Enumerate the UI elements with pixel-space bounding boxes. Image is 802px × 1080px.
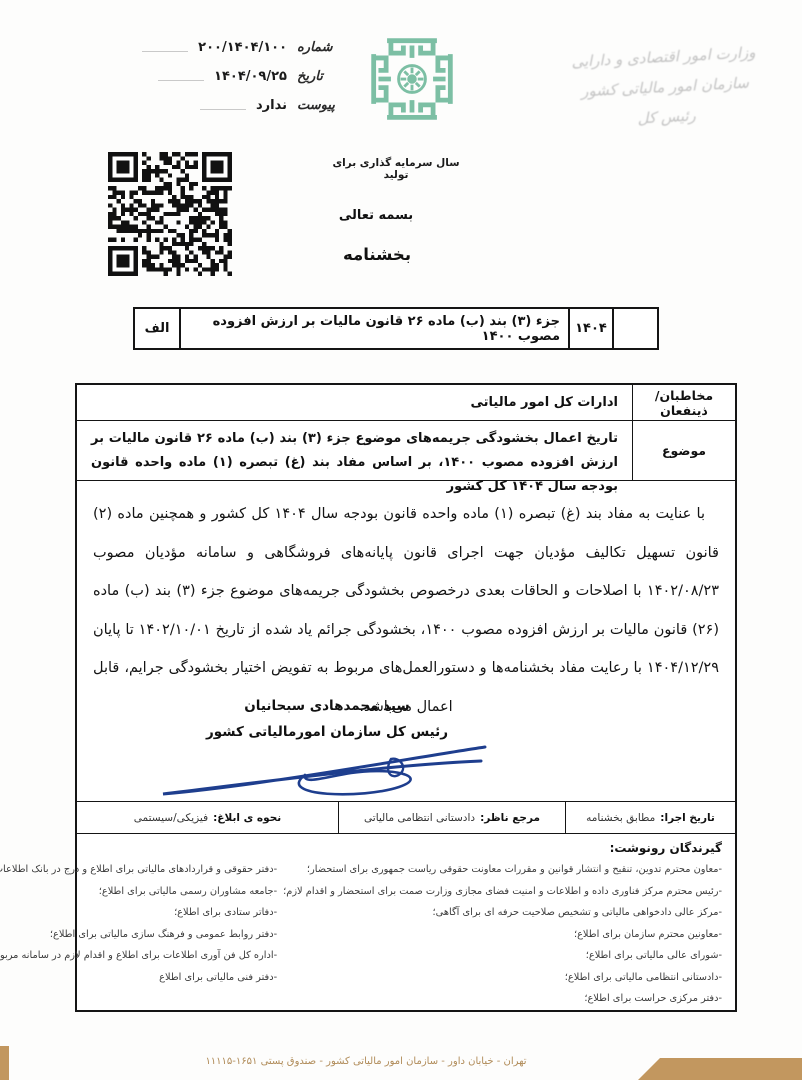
classification-year: ۱۴۰۴ bbox=[568, 309, 612, 348]
supervisor-cell: مرجع ناظر: دادستانی انتظامی مالیاتی bbox=[338, 802, 565, 834]
besmele-text: بسمه تعالی bbox=[300, 208, 452, 223]
signer-name: سید محمدهادی سبحانیان bbox=[177, 693, 477, 719]
delivery-method-value: فیزیکی/سیستمی bbox=[134, 812, 208, 824]
cc-item: -معاون محترم تدوین، تنقیح و انتشار قوانی… bbox=[283, 859, 722, 881]
recipients-row: مخاطبان/ ذینفعان ادارات کل امور مالیاتی bbox=[77, 385, 735, 421]
cc-title: گیرندگان رونوشت: bbox=[87, 841, 722, 855]
cc-item: -رئیس محترم مرکز فناوری داده و اطلاعات و… bbox=[283, 881, 722, 903]
number-value: ۲۰۰/۱۴۰۴/۱۰۰ bbox=[198, 40, 287, 55]
footer-decorative-band bbox=[638, 1058, 802, 1080]
body-row: با عنایت به مفاد بند (غ) تبصره (۱) ماده … bbox=[77, 481, 735, 801]
cc-item: -مرکز عالی دادخواهی مالیاتی و تشخیص صلاح… bbox=[283, 902, 722, 924]
classification-category: الف bbox=[135, 309, 179, 348]
attachment-label: پیوست bbox=[297, 98, 343, 113]
date-value: ۱۴۰۴/۰۹/۲۵ bbox=[214, 69, 287, 84]
delivery-method-cell: نحوه ی ابلاغ: فیزیکی/سیستمی bbox=[77, 802, 338, 834]
cc-item: -اداره کل فن آوری اطلاعات برای اطلاع و ا… bbox=[0, 945, 277, 967]
cc-item: -دفتر حقوقی و قراردادهای مالیاتی برای اط… bbox=[0, 859, 277, 881]
cc-column-right: -معاون محترم تدوین، تنقیح و انتشار قوانی… bbox=[277, 859, 722, 1010]
year-slogan: سال سرمایه گذاری برای تولید bbox=[326, 157, 466, 181]
circular-document-page: شماره ۲۰۰/۱۴۰۴/۱۰۰ تاریخ ۱۴۰۴/۰۹/۲۵ پیوس… bbox=[0, 0, 802, 1080]
execution-date-value: مطابق بخشنامه bbox=[586, 812, 655, 824]
recipients-label: مخاطبان/ ذینفعان bbox=[632, 385, 735, 420]
document-type-title: بخشنامه bbox=[298, 245, 456, 264]
classification-subject: جزء (۳) بند (ب) ماده ۲۶ قانون مالیات بر … bbox=[179, 309, 568, 348]
ref-date-row: تاریخ ۱۴۰۴/۰۹/۲۵ bbox=[58, 69, 343, 84]
classification-strip: ۱۴۰۴ جزء (۳) بند (ب) ماده ۲۶ قانون مالیا… bbox=[133, 307, 659, 350]
qr-code bbox=[108, 152, 232, 276]
recipients-value: ادارات کل امور مالیاتی bbox=[77, 385, 632, 420]
meta-row: تاریخ اجرا: مطابق بخشنامه مرجع ناظر: داد… bbox=[77, 802, 735, 835]
supervisor-label: مرجع ناظر: bbox=[480, 812, 540, 824]
cc-item: -جامعه مشاوران رسمی مالیاتی برای اطلاع؛ bbox=[0, 881, 277, 903]
subject-row: موضوع تاریخ اعمال بخشودگی جریمه‌های موضو… bbox=[77, 421, 735, 481]
cc-item: -دفتر روابط عمومی و فرهنگ سازی مالیاتی ب… bbox=[0, 924, 277, 946]
dotted-line bbox=[200, 109, 246, 110]
signature-block: سید محمدهادی سبحانیان رئیس کل سازمان امو… bbox=[177, 693, 477, 745]
execution-date-cell: تاریخ اجرا: مطابق بخشنامه bbox=[565, 802, 735, 834]
execution-date-label: تاریخ اجرا: bbox=[660, 812, 715, 824]
cc-item: -شورای عالی مالیاتی برای اطلاع؛ bbox=[283, 945, 722, 967]
carbon-copy-section: گیرندگان رونوشت: -معاون محترم تدوین، تنق… bbox=[77, 834, 735, 1010]
subject-value: تاریخ اعمال بخشودگی جریمه‌های موضوع جزء … bbox=[77, 421, 632, 480]
cc-columns: -معاون محترم تدوین، تنقیح و انتشار قوانی… bbox=[87, 859, 722, 1010]
cc-item: -دفتر فنی مالیاتی برای اطلاع bbox=[0, 967, 277, 989]
dotted-line bbox=[142, 51, 188, 52]
ministry-letterhead-script: وزارت امور اقتصادی و دارایی سازمان امور … bbox=[538, 36, 792, 139]
cc-item: -دفاتر ستادی برای اطلاع؛ bbox=[0, 902, 277, 924]
footer-left-strip bbox=[0, 1046, 9, 1080]
circular-main-table: مخاطبان/ ذینفعان ادارات کل امور مالیاتی … bbox=[75, 383, 737, 1012]
cc-item: -دادستانی انتظامی مالیاتی برای اطلاع؛ bbox=[283, 967, 722, 989]
cc-item: -معاونین محترم سازمان برای اطلاع؛ bbox=[283, 924, 722, 946]
tax-administration-logo-icon bbox=[366, 33, 458, 125]
ref-number-row: شماره ۲۰۰/۱۴۰۴/۱۰۰ bbox=[58, 40, 343, 55]
classification-empty-cell bbox=[612, 309, 657, 348]
footer-address: تهران - خیابان داور - سازمان امور مالیات… bbox=[196, 1056, 536, 1067]
reference-block: شماره ۲۰۰/۱۴۰۴/۱۰۰ تاریخ ۱۴۰۴/۰۹/۲۵ پیوس… bbox=[58, 40, 343, 127]
dotted-line bbox=[158, 80, 204, 81]
signature-scribble-icon bbox=[155, 739, 495, 797]
cc-item: -دفتر مرکزی حراست برای اطلاع؛ bbox=[283, 988, 722, 1010]
supervisor-value: دادستانی انتظامی مالیاتی bbox=[364, 812, 475, 824]
number-label: شماره bbox=[297, 40, 343, 55]
attachment-value: ندارد bbox=[256, 98, 287, 113]
subject-label: موضوع bbox=[632, 421, 735, 480]
date-label: تاریخ bbox=[297, 69, 343, 84]
circular-body-text: با عنایت به مفاد بند (غ) تبصره (۱) ماده … bbox=[93, 495, 719, 726]
ref-attachment-row: پیوست ندارد bbox=[58, 98, 343, 113]
delivery-method-label: نحوه ی ابلاغ: bbox=[213, 812, 281, 824]
cc-column-left: -دفتر حقوقی و قراردادهای مالیاتی برای اط… bbox=[0, 859, 277, 1010]
